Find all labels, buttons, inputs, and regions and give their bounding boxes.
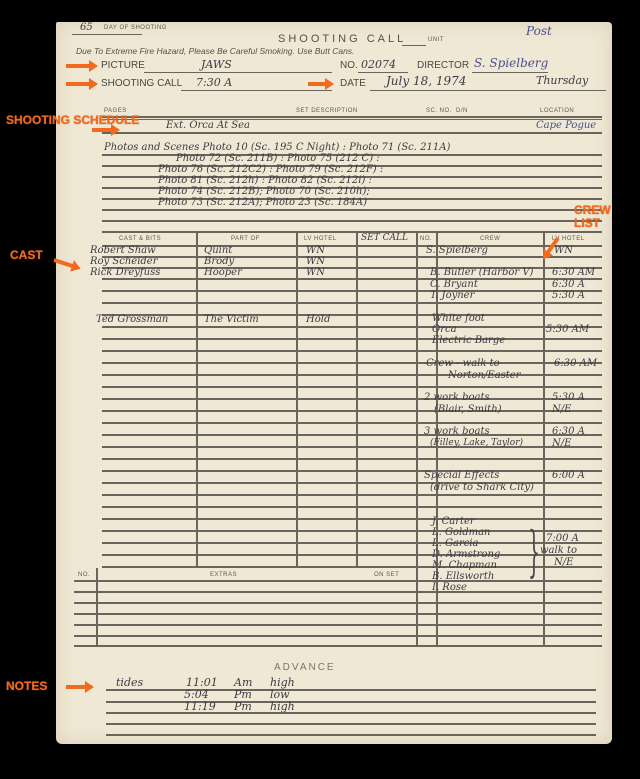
col-part-of: PART OF xyxy=(231,236,260,242)
cast-hotel: Hold xyxy=(306,314,330,325)
cast-hotel: WN xyxy=(306,245,325,256)
shooting-call-value: 7:30 A xyxy=(196,76,232,89)
form-title: SHOOTING CALL xyxy=(278,33,406,45)
day-of-shooting-label: DAY OF SHOOTING xyxy=(104,25,167,31)
schedule-line: Photos and Scenes Photo 10 (Sc. 195 C Ni… xyxy=(104,142,450,153)
col-extras: EXTRAS xyxy=(210,572,237,578)
crew-time: 7:00 A xyxy=(546,533,579,544)
cast-name: Ted Grossman xyxy=(96,314,168,325)
cast-part: The Victim xyxy=(204,314,259,325)
bracket-mark: } xyxy=(528,520,540,583)
col-extras-no: NO. xyxy=(78,572,90,578)
col-on-set: ON SET xyxy=(374,572,399,578)
arrow-picture-icon xyxy=(66,64,90,68)
crew-time: 6:30 A xyxy=(552,426,585,437)
col-sc-no: SC. NO. xyxy=(426,108,452,114)
crew-time: 5:30 A xyxy=(552,392,585,403)
call-sheet-paper: 65 DAY OF SHOOTING SHOOTING CALL UNIT Po… xyxy=(56,22,612,744)
cast-part: Brody xyxy=(204,256,234,267)
fire-warning: Due To Extreme Fire Hazard, Please Be Ca… xyxy=(76,46,354,56)
crew-time: WN xyxy=(554,245,573,256)
col-lv-hotel: LV HOTEL xyxy=(304,236,337,242)
schedule-line: Photo 76 (Sc. 212C2) : Photo 79 (Sc. 212… xyxy=(158,164,383,175)
crew-time: 5:30 A xyxy=(552,290,585,301)
schedule-line: Photo 81 (Sc. 212h) : Photo 82 (Sc. 212i… xyxy=(158,175,372,186)
crew-name: B. Butler (Harbor V) xyxy=(430,267,533,278)
location-value: Cape Pogue xyxy=(536,120,596,131)
unit-label: UNIT xyxy=(428,37,444,43)
crew-time: N/E xyxy=(552,404,571,415)
cast-hotel: WN xyxy=(306,256,325,267)
crew-name: Special Effects xyxy=(424,470,499,481)
crew-name: White foot xyxy=(432,313,485,324)
arrow-schedule-icon xyxy=(92,128,112,132)
crew-name: Norton/Easter xyxy=(448,370,521,381)
crew-name: C. Bryant xyxy=(430,279,478,290)
crew-name: 2 work boats xyxy=(424,392,490,403)
date-value: July 18, 1974 xyxy=(386,74,466,88)
day-value: Thursday xyxy=(536,74,588,87)
crew-time: N/E xyxy=(552,438,571,449)
director-label: DIRECTOR xyxy=(417,60,469,71)
crew-time: walk to xyxy=(540,545,577,556)
crew-name: J. Carter xyxy=(432,516,475,527)
crew-name: Electric Barge xyxy=(432,335,505,346)
col-location: LOCATION xyxy=(540,108,574,114)
crew-time: 6:30 A xyxy=(552,279,585,290)
col-set-description: SET DESCRIPTION xyxy=(296,108,358,114)
shooting-call-label: SHOOTING CALL xyxy=(101,78,182,89)
crew-name: T. Joyner xyxy=(430,290,474,301)
crew-time: 6:30 AM xyxy=(554,358,597,369)
picture-label: PICTURE xyxy=(101,60,145,71)
cast-part: Quint xyxy=(204,245,232,256)
annotation-crew-list: CREW LIST xyxy=(574,204,614,230)
crew-name: (Blair, Smith) xyxy=(434,404,502,415)
annotation-notes: NOTES xyxy=(6,680,47,693)
crew-time: N/E xyxy=(554,557,573,568)
advance-stamp: ADVANCE xyxy=(274,662,336,673)
col-crew-no: NO. xyxy=(420,236,432,242)
crew-time: 6:00 A xyxy=(552,470,585,481)
director-value: S. Spielberg xyxy=(474,56,548,70)
crew-name: 3 work boats xyxy=(424,426,490,437)
arrow-shooting-call-icon xyxy=(66,82,90,86)
schedule-line: Photo 73 (Sc. 212A); Photo 23 (Sc. 184A) xyxy=(158,197,367,208)
no-label: NO. xyxy=(340,60,358,71)
schedule-line: Photo 72 (Sc. 211B) : Photo 75 (212 C) : xyxy=(176,153,380,164)
cast-name: Robert Shaw xyxy=(90,245,156,256)
annotation-cast: CAST xyxy=(10,249,43,262)
crew-name: (Filley, Lake, Taylor) xyxy=(430,438,523,448)
picture-value: JAWS xyxy=(201,58,232,71)
tide-label: tides xyxy=(116,676,143,689)
crew-name: S. Spielberg xyxy=(426,245,488,256)
crew-name: L. Goldman xyxy=(432,527,491,538)
arrow-notes-icon xyxy=(66,685,86,689)
crew-name: (drive to Shark City) xyxy=(430,482,534,493)
date-label: DATE xyxy=(340,78,366,89)
schedule-line: Photo 74 (Sc. 212B); Photo 70 (Sc. 210h)… xyxy=(158,186,370,197)
crew-time: 6:30 AM xyxy=(552,267,595,278)
crew-name: D. Armstrong xyxy=(432,549,500,560)
set-description-value: Ext. Orca At Sea xyxy=(166,120,250,131)
crew-name: L. Garcia xyxy=(432,538,479,549)
unit-note: Post xyxy=(526,24,552,38)
col-dn: D/N xyxy=(456,108,468,114)
col-crew: CREW xyxy=(480,236,500,242)
cast-hotel: WN xyxy=(306,267,325,278)
arrow-date-icon xyxy=(308,82,326,86)
no-value: 02074 xyxy=(361,58,396,71)
crew-name: Orca xyxy=(432,324,457,335)
cast-name: Roy Scheider xyxy=(90,256,158,267)
day-of-shooting-value: 65 xyxy=(80,22,93,33)
cast-part: Hooper xyxy=(204,267,242,278)
crew-name: Crew - walk to xyxy=(426,358,500,369)
crew-name: M. Chapman xyxy=(432,560,497,571)
col-cast-bits: CAST & BITS xyxy=(119,236,161,242)
col-set-call: SET CALL xyxy=(361,233,408,243)
crew-time: 5:30 AM xyxy=(546,324,589,335)
cast-name: Rick Dreyfuss xyxy=(90,267,160,278)
